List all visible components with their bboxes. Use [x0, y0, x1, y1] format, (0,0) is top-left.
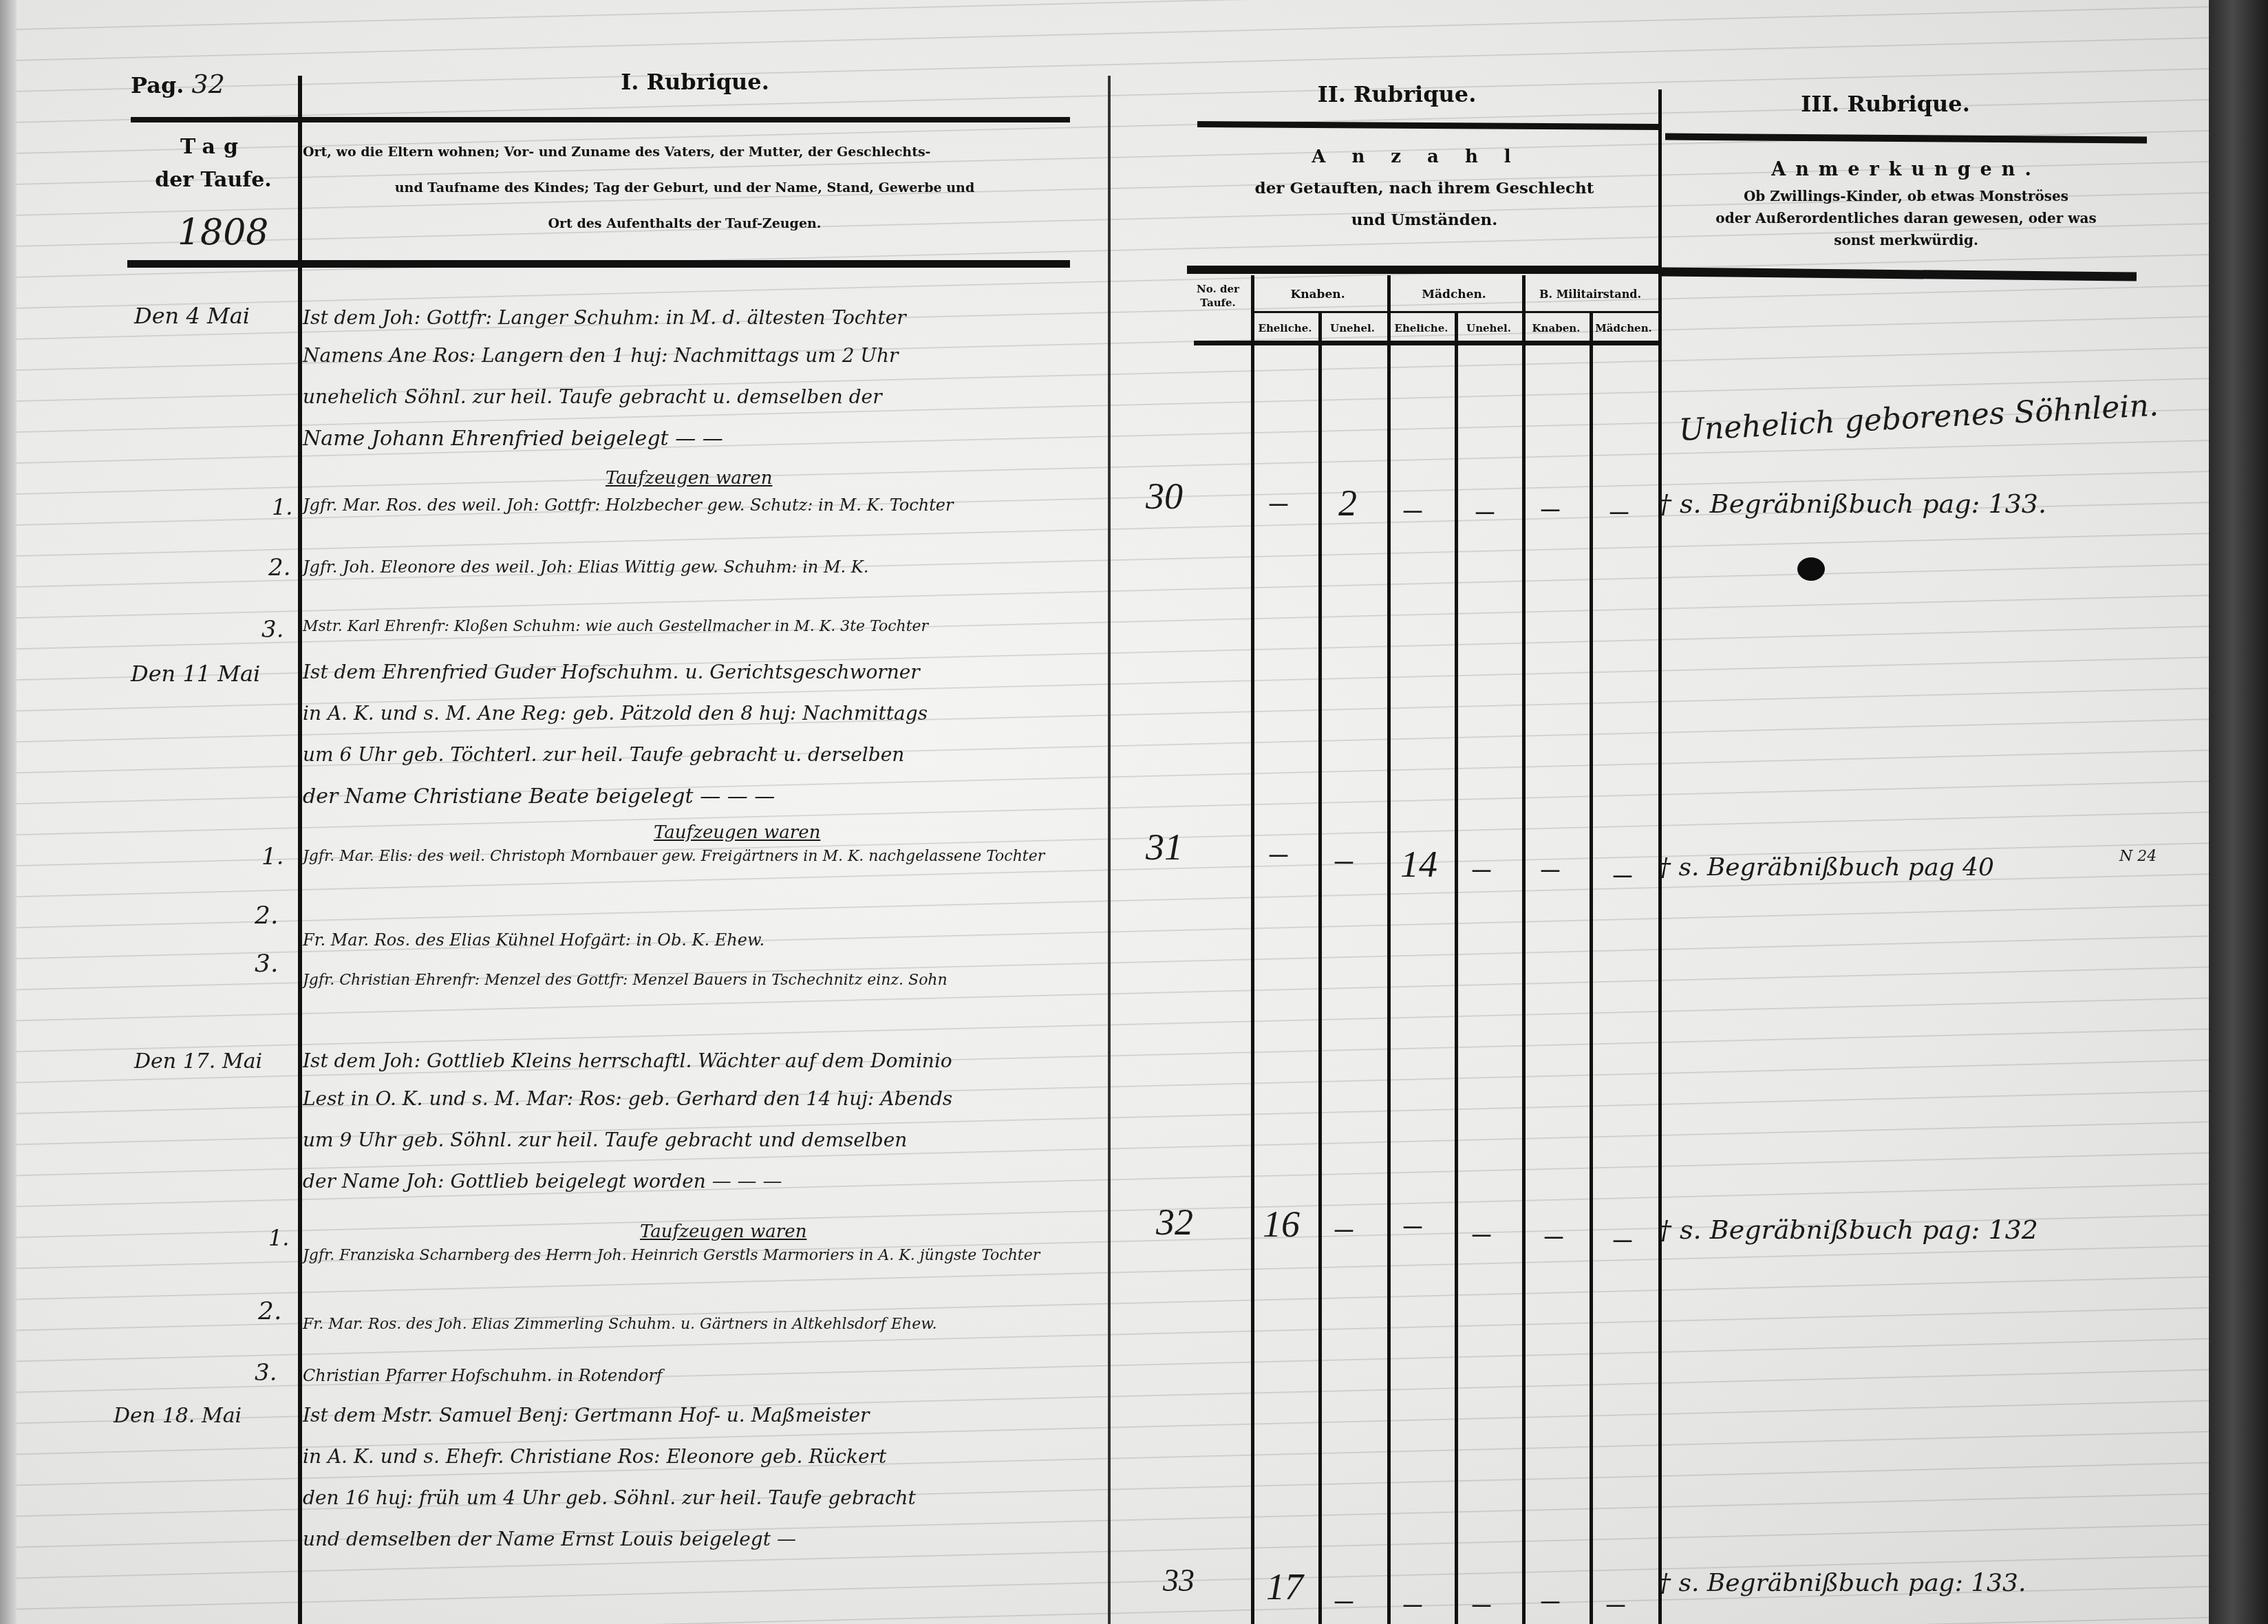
entry-line: der Name Christiane Beate beigelegt — — … — [303, 784, 775, 809]
witness-number: 1. — [268, 1225, 290, 1251]
witness-number: 3. — [261, 616, 283, 643]
witnesses-heading: Taufzeugen waren — [654, 822, 820, 843]
count-girls-illegit: – — [1473, 848, 1490, 888]
rubric-3-title: III. Rubrique. — [1748, 91, 2023, 117]
witness-number: 1. — [272, 494, 293, 520]
remarks-col-line1: Ob Zwillings-Kinder, ob etwas Monströses — [1679, 185, 2133, 207]
witness-text: Jgfr. Christian Ehrenfr: Menzel des Gott… — [303, 972, 948, 989]
header-rule-top-mid — [1197, 121, 1658, 130]
header-rule-top-right — [1665, 133, 2147, 144]
entry-line: unehelich Söhnl. zur heil. Taufe gebrach… — [303, 385, 882, 408]
count-boys-illegit: 2 — [1338, 482, 1357, 524]
entry-line: Lest in O. K. und s. M. Mar: Ros: geb. G… — [303, 1087, 952, 1110]
witness-number: 2. — [258, 1297, 281, 1325]
witnesses-heading: Taufzeugen waren — [606, 468, 772, 489]
count-mil-boys: – — [1541, 1579, 1559, 1620]
remark-heading: Unehelich geborenes Söhnlein. — [1678, 388, 2159, 448]
witness-text: Fr. Mar. Ros. des Joh. Elias Zimmerling … — [303, 1316, 937, 1333]
entry-line: der Name Joh: Gottlieb beigelegt worden … — [303, 1170, 782, 1193]
entry-line: und demselben der Name Ernst Louis beige… — [303, 1528, 796, 1550]
count-boys-illegit: – — [1335, 840, 1353, 880]
count-girls-legit: 14 — [1400, 843, 1437, 886]
entry-line: in A. K. und s. Ehefr. Christiane Ros: E… — [303, 1445, 886, 1468]
rubric-2-title: II. Rubrique. — [1259, 81, 1534, 107]
subheader-mil-girls: Mädchen. — [1591, 322, 1656, 334]
count-mil-boys: – — [1541, 848, 1559, 888]
count-girls-illegit: – — [1473, 1583, 1490, 1623]
count-girls-illegit: – — [1476, 490, 1494, 531]
subheader-girls-legit: Eheliche. — [1389, 322, 1454, 334]
remarks-col-line2: oder Außerordentliches daran gewesen, od… — [1679, 207, 2133, 229]
details-header-line2: und Taufname des Kindes; Tag der Geburt,… — [303, 170, 1067, 206]
entry-line: Ist dem Ehrenfried Guder Hofschuhm. u. G… — [303, 661, 920, 683]
witness-text: Fr. Mar. Ros. des Elias Kühnel Hofgärt: … — [303, 930, 764, 950]
count-girls-legit: – — [1404, 1204, 1422, 1245]
page-edge — [0, 0, 17, 1624]
details-header-line1: Ort, wo die Eltern wohnen; Vor- und Zuna… — [303, 134, 1067, 170]
count-boys-illegit: – — [1335, 1208, 1353, 1248]
entry-line: Ist dem Mstr. Samuel Benj: Gertmann Hof-… — [303, 1404, 869, 1427]
entry-line: um 9 Uhr geb. Söhnl. zur heil. Taufe geb… — [303, 1129, 907, 1151]
baptism-number: 30 — [1146, 475, 1183, 517]
count-col-title: Anzahl — [1190, 141, 1658, 173]
count-col-line1: der Getauften, nach ihrem Geschlecht — [1190, 173, 1658, 204]
col-line-boys-mid — [1318, 313, 1322, 1624]
witness-text: Jgfr. Mar. Elis: des weil. Christoph Mor… — [303, 848, 1045, 865]
remark-burial: † s. Begräbnißbuch pag: 133. — [1658, 489, 2046, 519]
register-page: Pag. 32 I. Rubrique. II. Rubrique. III. … — [0, 0, 2209, 1624]
witness-text: Jgfr. Joh. Eleonore des weil. Joh: Elias… — [303, 557, 868, 577]
witness-number: 1. — [261, 843, 283, 870]
entry-line: den 16 huj: früh um 4 Uhr geb. Söhnl. zu… — [303, 1486, 916, 1509]
entry-line: in A. K. und s. M. Ane Reg: geb. Pätzold… — [303, 702, 928, 725]
entry-date: Den 18. Mai — [114, 1404, 242, 1428]
page-number: 32 — [192, 69, 225, 99]
witness-text: Jgfr. Mar. Ros. des weil. Joh: Gottfr: H… — [303, 495, 954, 515]
witness-number: 3. — [255, 950, 278, 978]
entry-line: Ist dem Joh: Gottlieb Kleins herrschaftl… — [303, 1049, 952, 1072]
remark-burial: † s. Begräbnißbuch pag 40 — [1658, 853, 1994, 882]
entry-line: Namens Ane Ros: Langern den 1 huj: Nachm… — [303, 344, 898, 367]
col-line-no — [1251, 275, 1254, 1624]
count-boys-legit: – — [1270, 833, 1287, 873]
witness-number: 3. — [255, 1359, 277, 1387]
date-col-line2: der Taufe. — [134, 164, 292, 197]
col-line-girls-mid — [1455, 313, 1458, 1624]
entry-line: Name Johann Ehrenfried beigelegt — — — [303, 427, 723, 451]
witness-text: Mstr. Karl Ehrenfr: Kloßen Schuhm: wie a… — [303, 618, 928, 635]
header-rule-top-left — [131, 117, 1070, 122]
count-mil-girls: – — [1614, 1218, 1632, 1259]
header-rule-bottom-left — [127, 260, 1070, 268]
count-mil-boys: – — [1541, 487, 1559, 528]
subheader-boys-illegit: Unehel. — [1320, 322, 1385, 334]
header-rule-bottom-right — [1662, 267, 2137, 281]
col-line-date — [298, 76, 302, 1624]
rubric-1-title: I. Rubrique. — [523, 69, 867, 95]
col-line-girls — [1387, 275, 1391, 1624]
count-mil-girls: – — [1610, 490, 1628, 531]
page-label: Pag. 32 — [131, 69, 225, 99]
baptism-number: 31 — [1146, 826, 1183, 868]
subheader-boys-legit: Eheliche. — [1252, 322, 1318, 334]
remark-note: N 24 — [2119, 848, 2157, 865]
header-rule-bottom-mid — [1187, 266, 1662, 274]
book-binding — [2209, 0, 2268, 1624]
subheader-girls-illegit: Unehel. — [1456, 322, 1521, 334]
entry-line: um 6 Uhr geb. Töchterl. zur heil. Taufe … — [303, 743, 904, 766]
witness-text: Christian Pfarrer Hofschuhm. in Rotendor… — [303, 1366, 663, 1385]
count-girls-legit: – — [1404, 489, 1422, 529]
baptism-number: 32 — [1156, 1201, 1193, 1243]
subheader-bottom-rule — [1194, 341, 1658, 345]
entry-date: Den 11 Mai — [131, 661, 260, 687]
count-boys-legit: – — [1270, 482, 1287, 522]
entry-date: Den 17. Mai — [134, 1049, 262, 1073]
details-col-header: Ort, wo die Eltern wohnen; Vor- und Zuna… — [303, 134, 1067, 242]
subheader-boys: Knaben. — [1252, 288, 1383, 301]
subheader-no: No. der Taufe. — [1194, 282, 1242, 310]
entry-date: Den 4 Mai — [134, 303, 250, 329]
remarks-col-title: Anmerkungen. — [1679, 155, 2133, 185]
col-line-details-right — [1108, 76, 1111, 1624]
subheader-military: B. Militairstand. — [1522, 288, 1658, 301]
ink-blot — [1797, 557, 1825, 581]
remark-burial: † s. Begräbnißbuch pag: 132 — [1658, 1215, 2038, 1245]
witness-number: 2. — [268, 554, 290, 581]
count-col-line2: und Umständen. — [1190, 204, 1658, 236]
date-col-header: Tag der Taufe. — [134, 131, 292, 197]
witness-text: Jgfr. Franziska Scharnberg des Herrn Joh… — [303, 1247, 1040, 1264]
count-boys-legit: 17 — [1266, 1566, 1303, 1608]
remarks-col-line3: sonst merkwürdig. — [1679, 229, 2133, 251]
year: 1808 — [178, 212, 268, 253]
count-mil-girls: – — [1614, 853, 1632, 894]
date-col-line1: Tag — [134, 131, 292, 164]
page-label-text: Pag. — [131, 72, 184, 98]
subheader-mil-boys: Knaben. — [1523, 322, 1589, 334]
count-boys-legit: 16 — [1263, 1203, 1300, 1246]
count-boys-illegit: – — [1335, 1579, 1353, 1620]
entry-line: Ist dem Joh: Gottfr: Langer Schuhm: in M… — [303, 306, 906, 329]
count-col-header: Anzahl der Getauften, nach ihrem Geschle… — [1190, 141, 1658, 236]
baptism-number: 33 — [1163, 1562, 1195, 1599]
remarks-col-header: Anmerkungen. Ob Zwillings-Kinder, ob etw… — [1679, 155, 2133, 251]
count-girls-illegit: – — [1473, 1212, 1490, 1253]
details-header-line3: Ort des Aufenthalts der Tauf-Zeugen. — [303, 206, 1067, 242]
count-mil-boys: – — [1545, 1215, 1563, 1255]
col-line-mil-mid — [1590, 313, 1593, 1624]
remark-burial: † s. Begräbnißbuch pag: 133. — [1658, 1569, 2026, 1597]
witness-number: 2. — [255, 901, 278, 930]
col-line-mil — [1522, 275, 1526, 1624]
subheader-girls: Mädchen. — [1389, 288, 1519, 301]
count-girls-legit: – — [1404, 1583, 1422, 1623]
witnesses-heading: Taufzeugen waren — [640, 1221, 806, 1242]
count-mil-girls: – — [1607, 1583, 1625, 1623]
